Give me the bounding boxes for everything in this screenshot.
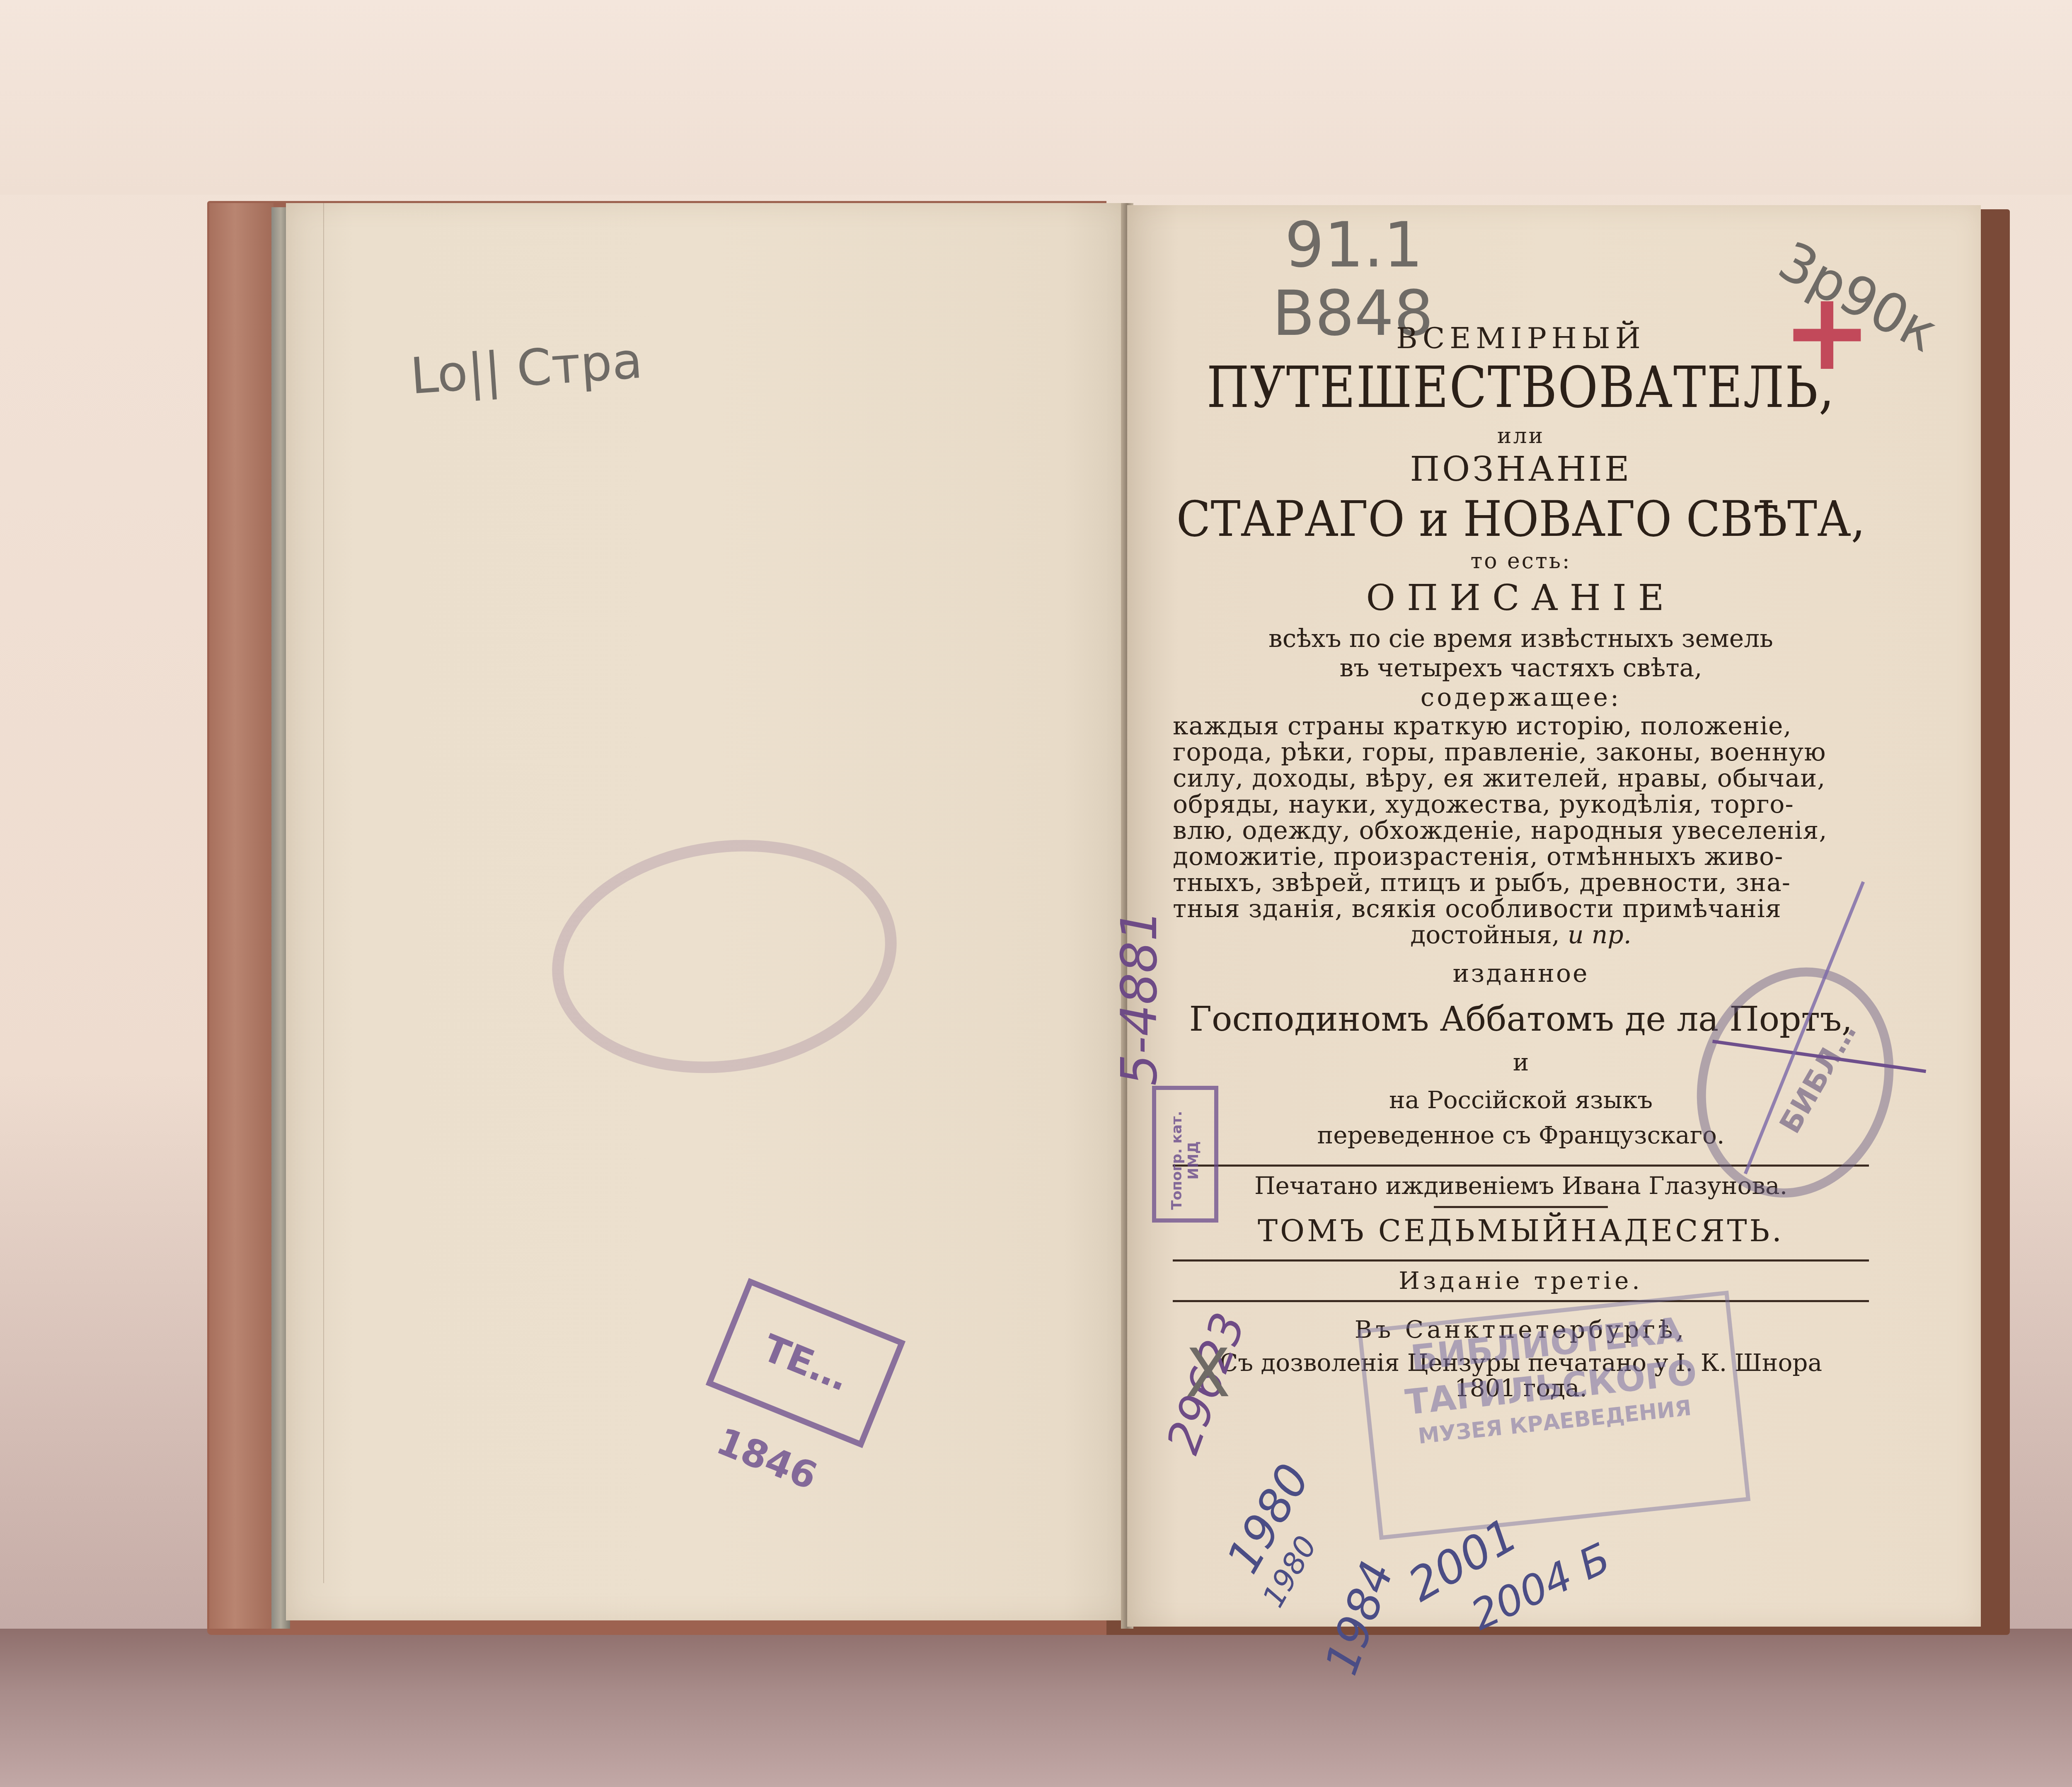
- divider-rule-short: [1434, 1206, 1608, 1208]
- background-table-shadow: [0, 1629, 2072, 1787]
- contents-line: влю, одежду, обхожденіе, народныя увесел…: [1173, 818, 1869, 844]
- contents-line: тныхъ, звѣрей, птицъ и рыбъ, древности, …: [1173, 870, 1869, 896]
- title-line-poznanie: ПОЗНАНІЕ: [1173, 452, 1869, 487]
- topographic-catalog-stamp: Топогр. кат. ИМД: [1152, 1086, 1218, 1223]
- pencil-x-mark: X: [1185, 1334, 1231, 1412]
- divider-rule: [1173, 1259, 1869, 1262]
- contents-line: тныя зданія, всякія особливости примѣчан…: [1173, 896, 1869, 922]
- contents-line: обряды, науки, художества, рукодѣлія, то…: [1173, 792, 1869, 818]
- tagil-museum-library-stamp: БИБЛИОТЕКА ТАГИЛЬСКОГО МУЗЕЯ КРАЕВЕДЕНИЯ: [1358, 1291, 1750, 1540]
- contents-end: достойныя,: [1410, 920, 1560, 949]
- contents-line: доможитіе, произрастенія, отмѣнныхъ живо…: [1173, 844, 1869, 870]
- topo-stamp-line1: Топогр. кат.: [1169, 1102, 1185, 1218]
- inventory-number-vertical: 5-4881: [1111, 910, 1168, 1086]
- title-line-starago: СТАРАГО и НОВАГО СВѢТА,: [1173, 493, 1869, 545]
- contents-line: каждыя страны краткую исторію, положеніе…: [1173, 713, 1869, 739]
- book-spine-leather: [209, 203, 274, 1629]
- title-line-opisanie: ОПИСАНІЕ: [1173, 579, 1869, 617]
- title-text-block: ВСЕМІРНЫЙ ПУТЕШЕСТВОВАТЕЛЬ, или ПОЗНАНІЕ…: [1173, 323, 1869, 1401]
- title-line-ili: или: [1173, 425, 1869, 448]
- title-line-to-est: то есть:: [1173, 550, 1869, 573]
- title-line-vsemirny: ВСЕМІРНЫЙ: [1173, 323, 1869, 354]
- contents-line: города, рѣки, горы, правленіе, законы, в…: [1173, 739, 1869, 765]
- divider-rule: [1173, 1300, 1869, 1302]
- background-wall: [0, 0, 2072, 195]
- title-line-puteshestvovatel: ПУТЕШЕСТВОВАТЕЛЬ,: [1173, 358, 1869, 417]
- title-line-chetyrekh: въ четырехъ частяхъ свѣта,: [1173, 655, 1869, 681]
- contents-end-italic: и пр.: [1568, 920, 1631, 949]
- volume-title: ТОМЪ СЕДЬМЫЙНАДЕСЯТЬ.: [1173, 1216, 1869, 1247]
- title-line-vsekh: всѣхъ по сіе время извѣстныхъ земель: [1173, 626, 1869, 652]
- shelfmark-line1: 91.1: [1272, 211, 1433, 280]
- contents-end-line: достойныя, и пр.: [1173, 922, 1869, 948]
- edition-line: Изданіе третіе.: [1173, 1268, 1869, 1293]
- title-line-soderzhashchee: содержащее:: [1173, 685, 1869, 711]
- contents-paragraph: каждыя страны краткую исторію, положеніе…: [1173, 713, 1869, 948]
- contents-line: силу, доходы, вѣру, ея жителей, нравы, о…: [1173, 765, 1869, 792]
- topo-stamp-line2: ИМД: [1185, 1102, 1202, 1218]
